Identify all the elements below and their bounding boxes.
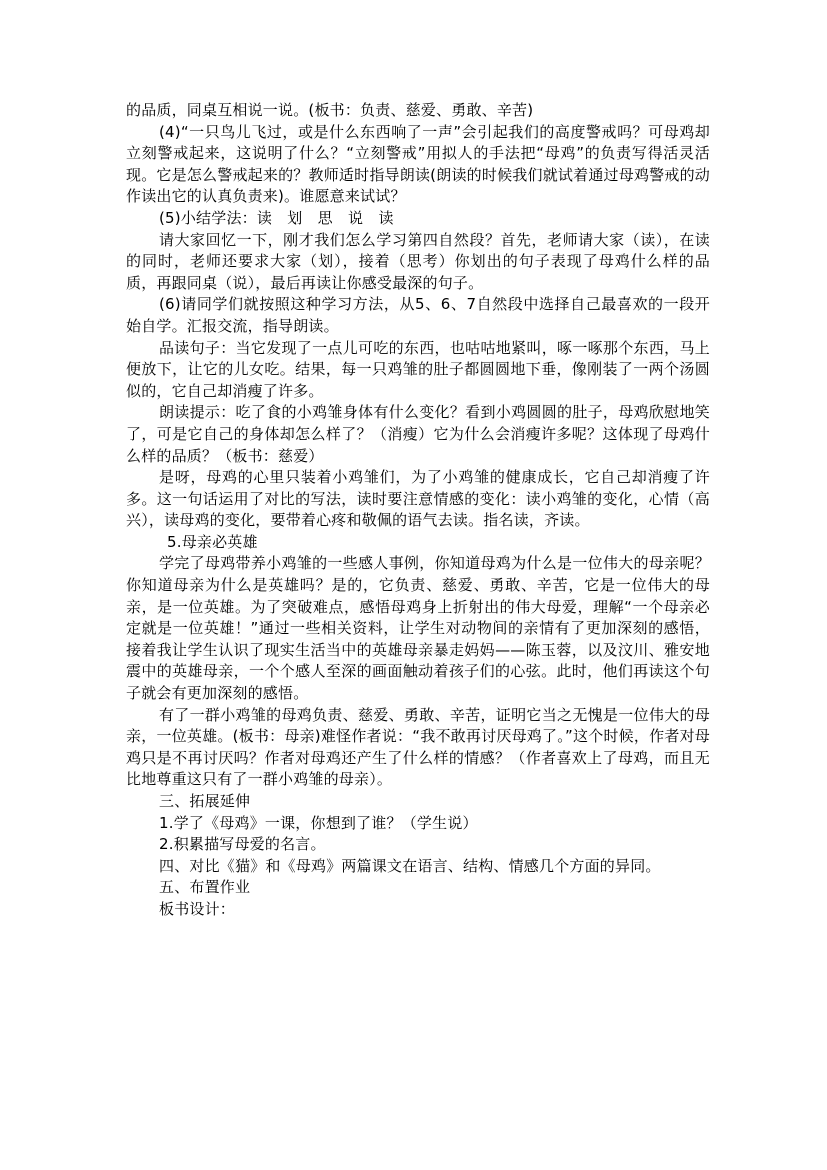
paragraph-alert-question: (4)“一只鸟儿飞过，或是什么东西响了一声”会引起我们的高度警戒吗？可母鸡却立刻… (126, 122, 710, 208)
document-page: 的品质，同桌互相说一说。(板书：负责、慈爱、勇敢、辛苦) (4)“一只鸟儿飞过，… (126, 100, 710, 921)
board-design-label: 板书设计： (126, 899, 710, 921)
paragraph-recall-steps: 请大家回忆一下，刚才我们怎么学习第四自然段？首先，老师请大家（读），在读的同时，… (126, 230, 710, 295)
list-item-extension-1: 1.学了《母鸡》一课，你想到了谁？（学生说） (126, 813, 710, 835)
section-heading-extension: 三、拓展延伸 (126, 791, 710, 813)
paragraph-author-feeling: 有了一群小鸡雏的母鸡负责、慈爱、勇敢、辛苦，证明它当之无愧是一位伟大的母亲，一位… (126, 705, 710, 791)
paragraph-reading-tips: 朗读提示：吃了食的小鸡雏身体有什么变化？看到小鸡圆圆的肚子，母鸡欣慰地笑了，可是… (126, 402, 710, 467)
paragraph-self-study: (6)请同学们就按照这种学习方法，从5、6、7自然段中选择自己最喜欢的一段开始自… (126, 294, 710, 337)
paragraph-summary-method: (5)小结学法：读 划 思 说 读 (126, 208, 710, 230)
section-heading-homework: 五、布置作业 (126, 877, 710, 899)
paragraph-quality-discussion: 的品质，同桌互相说一说。(板书：负责、慈爱、勇敢、辛苦) (126, 100, 710, 122)
paragraph-sentence-reading: 品读句子：当它发现了一点儿可吃的东西，也咕咕地紧叫，啄一啄那个东西，马上便放下，… (126, 338, 710, 403)
section-heading-mother-hero: 5.母亲必英雄 (126, 532, 710, 554)
list-item-extension-2: 2.积累描写母爱的名言。 (126, 834, 710, 856)
paragraph-contrast-writing: 是呀，母鸡的心里只装着小鸡雏们，为了小鸡雏的健康成长，它自己却消瘦了许多。这一句… (126, 467, 710, 532)
section-heading-compare: 四、对比《猫》和《母鸡》两篇课文在语言、结构、情感几个方面的异同。 (126, 856, 710, 878)
paragraph-great-mother: 学完了母鸡带养小鸡雏的一些感人事例，你知道母鸡为什么是一位伟大的母亲呢？你知道母… (126, 553, 710, 704)
